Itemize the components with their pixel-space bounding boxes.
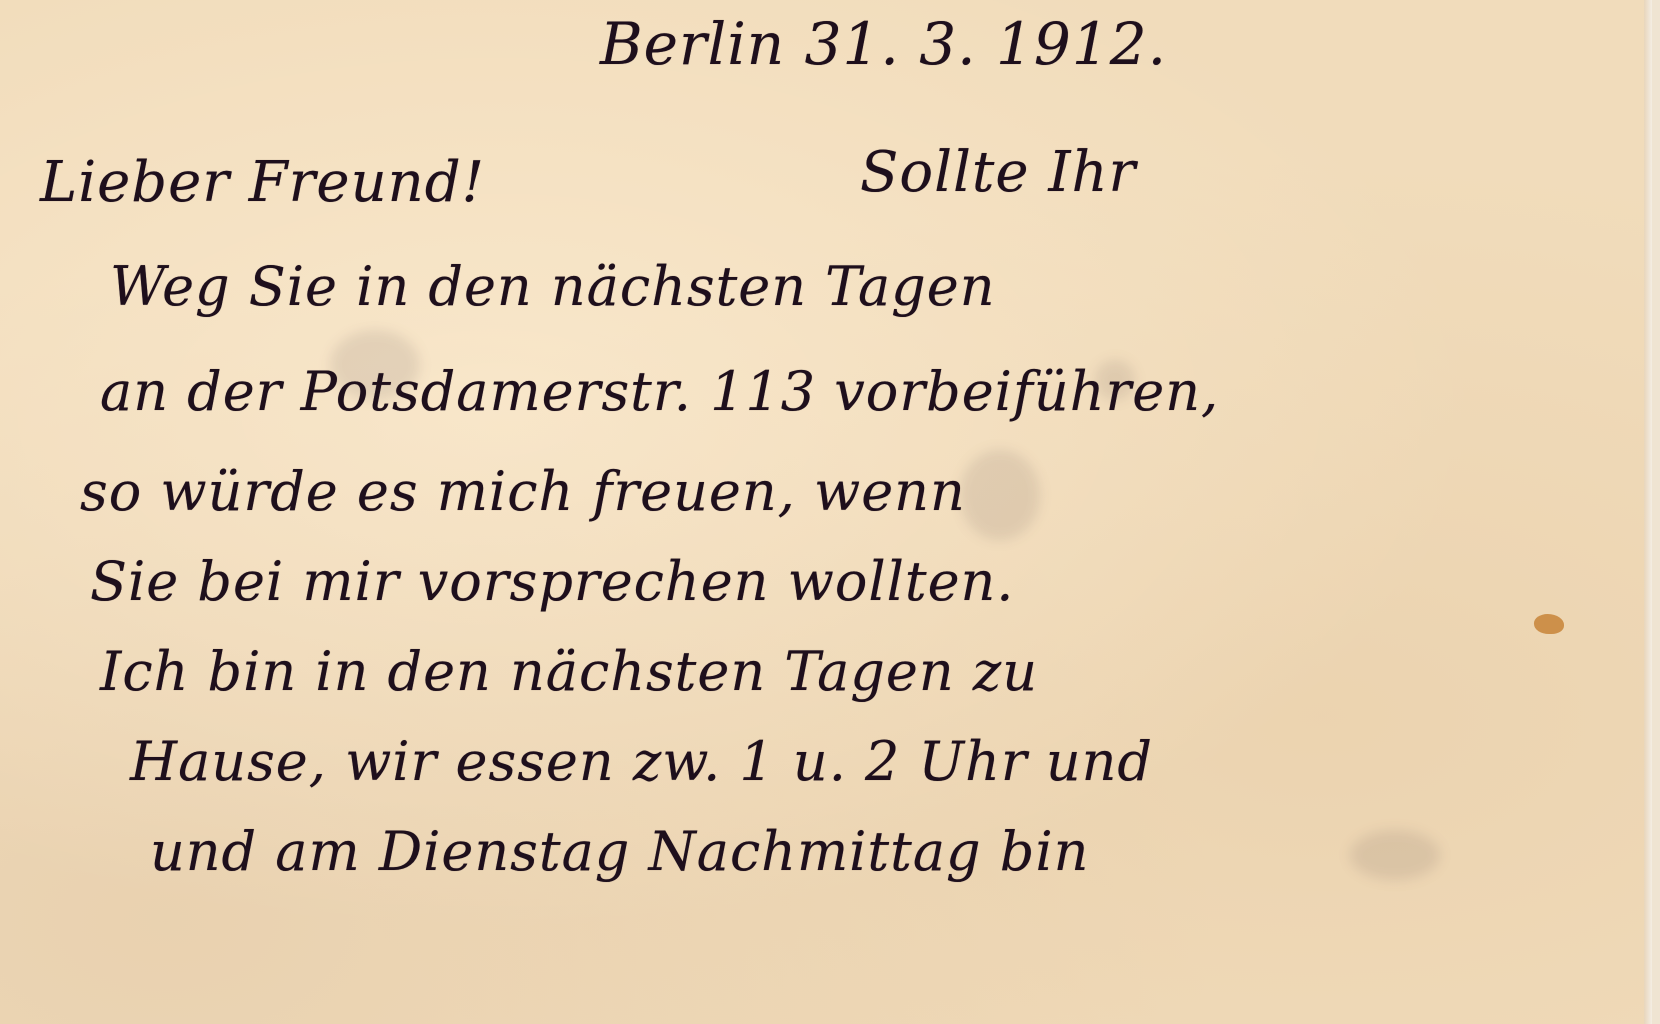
- letter-line: und am Dienstag Nachmittag bin: [150, 820, 1089, 883]
- ink-smudge: [960, 450, 1040, 540]
- ink-smudge: [1350, 830, 1440, 880]
- letter-line: Hause, wir essen zw. 1 u. 2 Uhr und: [130, 730, 1153, 793]
- salutation: Lieber Freund!: [40, 150, 485, 215]
- letter-line: Ich bin in den nächsten Tagen zu: [100, 640, 1038, 703]
- letter-line: an der Potsdamerstr. 113 vorbeiführen,: [100, 360, 1219, 423]
- letter-line: Sie bei mir vorsprechen wollten.: [90, 550, 1014, 613]
- place-date-line: Berlin 31. 3. 1912.: [600, 10, 1167, 78]
- letter-line: Weg Sie in den nächsten Tagen: [110, 255, 996, 318]
- paper-stain: [1534, 614, 1564, 634]
- letter-line: Sollte Ihr: [860, 140, 1136, 205]
- letter-line: so würde es mich freuen, wenn: [80, 460, 966, 523]
- postcard-edge: [1644, 0, 1652, 1024]
- postcard: Berlin 31. 3. 1912. Lieber Freund! Sollt…: [0, 0, 1652, 1024]
